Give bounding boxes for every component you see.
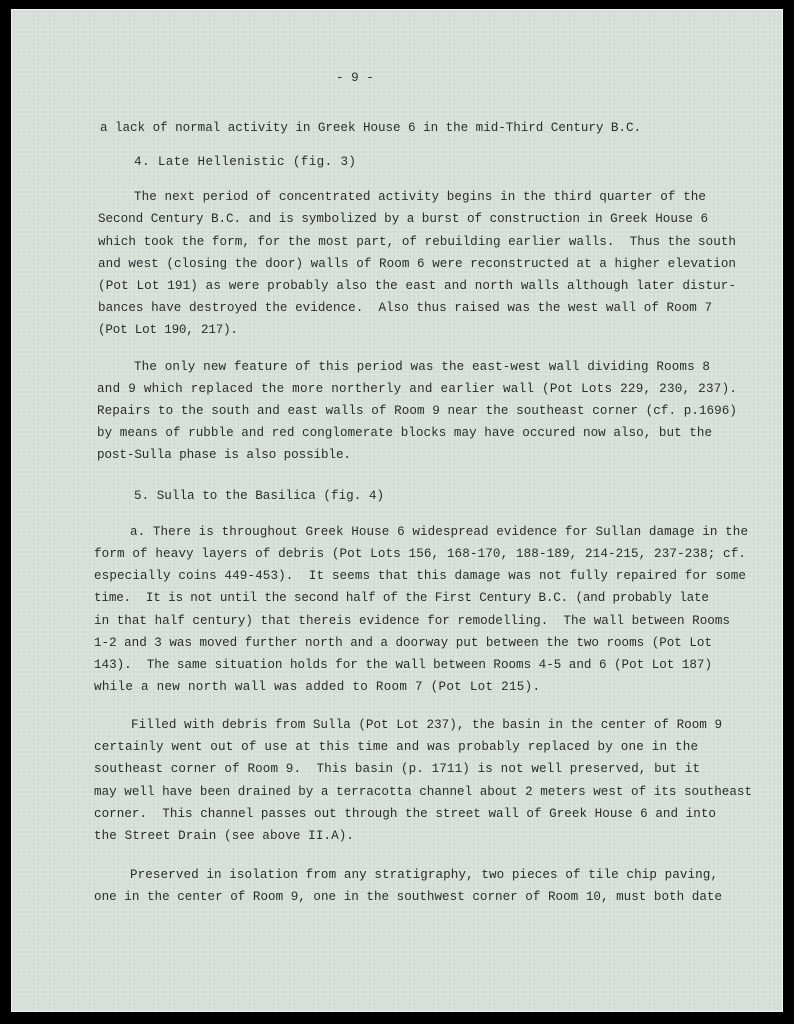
text-line: while a new north wall was added to Room… (94, 680, 540, 694)
text-line: (Pot Lot 191) as were probably also the … (98, 279, 736, 293)
text-line: southeast corner of Room 9. This basin (… (94, 762, 700, 776)
text-line: 1-2 and 3 was moved further north and a … (94, 636, 712, 650)
page-number: - 9 - (336, 71, 374, 85)
document-page (11, 9, 783, 1012)
text-line: time. It is not until the second half of… (94, 591, 709, 605)
text-line: may well have been drained by a terracot… (94, 785, 752, 799)
text-line: bances have destroyed the evidence. Also… (98, 301, 712, 315)
text-line: 4. Late Hellenistic (fig. 3) (134, 155, 356, 169)
text-line: by means of rubble and red conglomerate … (97, 426, 712, 440)
text-line: Repairs to the south and east walls of R… (97, 404, 737, 418)
text-line: The next period of concentrated activity… (134, 190, 706, 204)
text-line: post-Sulla phase is also possible. (97, 448, 351, 462)
text-line: a. There is throughout Greek House 6 wid… (130, 525, 748, 539)
text-line: Second Century B.C. and is symbolized by… (98, 212, 708, 226)
text-line: (Pot Lot 190, 217). (98, 323, 238, 337)
text-line: form of heavy layers of debris (Pot Lots… (94, 547, 746, 561)
text-line: a lack of normal activity in Greek House… (100, 121, 641, 135)
text-line: especially coins 449-453). It seems that… (94, 569, 746, 583)
text-line: one in the center of Room 9, one in the … (94, 890, 722, 904)
text-line: which took the form, for the most part, … (98, 235, 736, 249)
text-line: 5. Sulla to the Basilica (fig. 4) (134, 489, 384, 503)
text-line: and west (closing the door) walls of Roo… (98, 257, 736, 271)
text-line: Filled with debris from Sulla (Pot Lot 2… (131, 718, 722, 732)
text-line: 143). The same situation holds for the w… (94, 658, 712, 672)
text-line: certainly went out of use at this time a… (94, 740, 698, 754)
text-line: in that half century) that thereis evide… (94, 614, 730, 628)
text-line: and 9 which replaced the more northerly … (97, 382, 737, 396)
text-line: corner. This channel passes out through … (94, 807, 716, 821)
text-line: the Street Drain (see above II.A). (94, 829, 354, 843)
text-line: The only new feature of this period was … (134, 360, 710, 374)
text-line: Preserved in isolation from any stratigr… (130, 868, 718, 882)
